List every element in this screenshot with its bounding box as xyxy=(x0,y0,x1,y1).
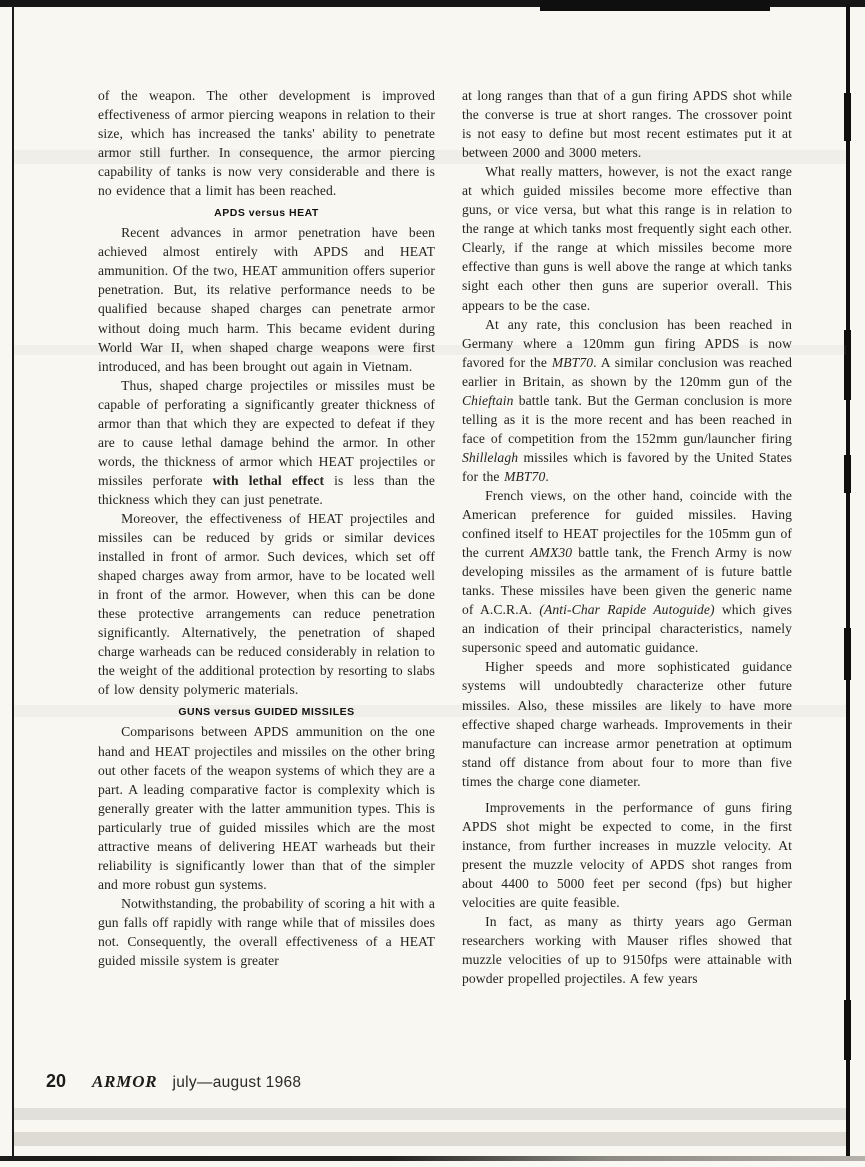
paragraph: Notwithstanding, the probability of scor… xyxy=(98,894,435,970)
scan-edge-nub xyxy=(844,628,851,680)
italic-text: Shillelagh xyxy=(462,450,518,465)
paragraph: In fact, as many as thirty years ago Ger… xyxy=(462,912,792,988)
paragraph: Comparisons between APDS ammunition on t… xyxy=(98,722,435,893)
paragraph: Moreover, the effectiveness of HEAT proj… xyxy=(98,509,435,699)
paragraph: Higher speeds and more sophisticated gui… xyxy=(462,657,792,790)
paragraph: of the weapon. The other development is … xyxy=(98,86,435,200)
scan-edge-left xyxy=(12,5,14,1158)
scan-edge-right xyxy=(846,4,850,1160)
paragraph: What really matters, however, is not the… xyxy=(462,162,792,314)
italic-text: Chieftain xyxy=(462,393,514,408)
paragraph: Recent advances in armor penetration hav… xyxy=(98,223,435,375)
italic-text: MBT70 xyxy=(504,469,545,484)
paragraph: At any rate, this conclusion has been re… xyxy=(462,315,792,486)
scan-edge-bottom xyxy=(0,1156,865,1161)
scan-edge-nub xyxy=(844,455,851,493)
scan-edge-nub xyxy=(844,93,851,141)
paragraph: Thus, shaped charge projectiles or missi… xyxy=(98,376,435,509)
page-number: 20 xyxy=(46,1071,66,1092)
italic-text: (Anti-Char Rapide Autoguide) xyxy=(539,602,714,617)
scan-edge-nub xyxy=(844,330,851,400)
right-column: at long ranges than that of a gun firing… xyxy=(462,86,792,988)
scan-edge-top-notch xyxy=(540,0,770,11)
section-heading: GUNS versus GUIDED MISSILES xyxy=(98,706,435,718)
paragraph: Improvements in the performance of guns … xyxy=(462,798,792,912)
issue-date: july—august 1968 xyxy=(172,1074,301,1092)
page-footer: 20 ARMOR july—august 1968 xyxy=(46,1071,301,1092)
journal-title: ARMOR xyxy=(92,1072,157,1092)
paragraph: at long ranges than that of a gun firing… xyxy=(462,86,792,162)
scanned-page: of the weapon. The other development is … xyxy=(0,0,865,1167)
scan-edge-nub xyxy=(844,1000,851,1060)
italic-text: AMX30 xyxy=(530,545,572,560)
paragraph: French views, on the other hand, coincid… xyxy=(462,486,792,657)
italic-text: MBT70 xyxy=(552,355,593,370)
scan-streak xyxy=(14,1132,846,1146)
scan-streak xyxy=(14,1108,846,1120)
section-heading: APDS versus HEAT xyxy=(98,207,435,219)
bold-text: with lethal effect xyxy=(213,473,325,488)
left-column: of the weapon. The other development is … xyxy=(98,86,435,970)
